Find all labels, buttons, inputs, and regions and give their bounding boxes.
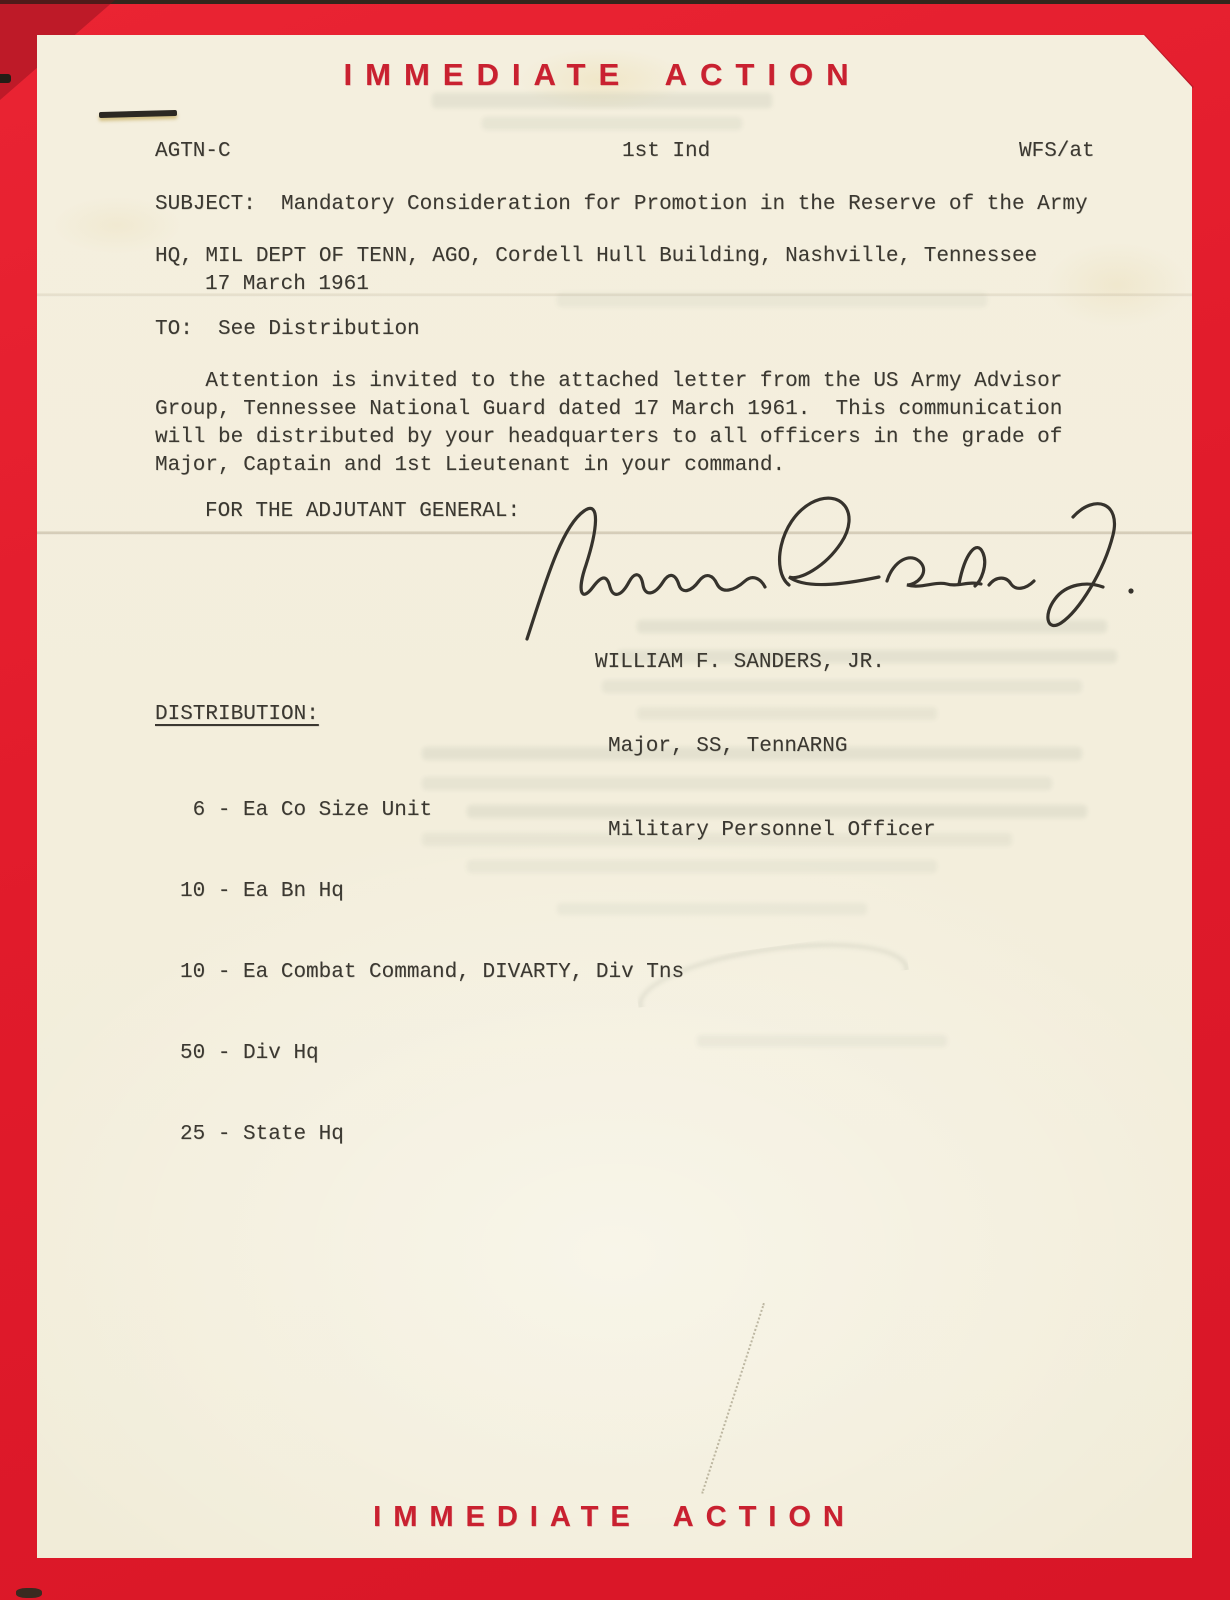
distribution-list: 6 - Ea Co Size Unit 10 - Ea Bn Hq 10 - E… (180, 743, 684, 1202)
subject-line: SUBJECT: Mandatory Consideration for Pro… (155, 191, 1088, 219)
distribution-row: 25 - State Hq (180, 1121, 684, 1148)
typist-initials: WFS/at (1019, 138, 1095, 166)
immediate-action-stamp-top: IMMEDIATE ACTION (25, 57, 1180, 93)
origin-line: HQ, MIL DEPT OF TENN, AGO, Cordell Hull … (155, 243, 1037, 271)
immediate-action-stamp-bottom: IMMEDIATE ACTION (37, 1501, 1192, 1534)
scan-edge-mark (16, 1588, 42, 1598)
authority-line: FOR THE ADJUTANT GENERAL: (205, 498, 520, 526)
scratch-crease (701, 1303, 765, 1494)
scan-edge (0, 0, 1230, 4)
indorsement-number: 1st Ind (622, 138, 710, 166)
distribution-row: 50 - Div Hq (180, 1040, 684, 1067)
staple-mark (99, 110, 177, 118)
bleed-through-mark (432, 93, 772, 108)
memo-page: IMMEDIATE ACTION IMMEDIATE ACTION AGTN-C… (37, 35, 1192, 1558)
body-paragraph: Attention is invited to the attached let… (155, 368, 1062, 480)
distribution-row: 6 - Ea Co Size Unit (180, 797, 684, 824)
bleed-through-mark (697, 1035, 947, 1047)
bleed-through-mark (482, 117, 742, 130)
signer-name: WILLIAM F. SANDERS, JR. (595, 649, 936, 677)
distribution-heading: DISTRIBUTION: (155, 701, 319, 729)
to-line: TO: See Distribution (155, 316, 420, 344)
date-line: 17 March 1961 (205, 271, 369, 299)
document-scan: IMMEDIATE ACTION IMMEDIATE ACTION AGTN-C… (0, 0, 1230, 1600)
distribution-row: 10 - Ea Combat Command, DIVARTY, Div Tns (180, 959, 684, 986)
distribution-row: 10 - Ea Bn Hq (180, 878, 684, 905)
scan-edge-mark (0, 74, 11, 83)
office-symbol: AGTN-C (155, 138, 231, 166)
